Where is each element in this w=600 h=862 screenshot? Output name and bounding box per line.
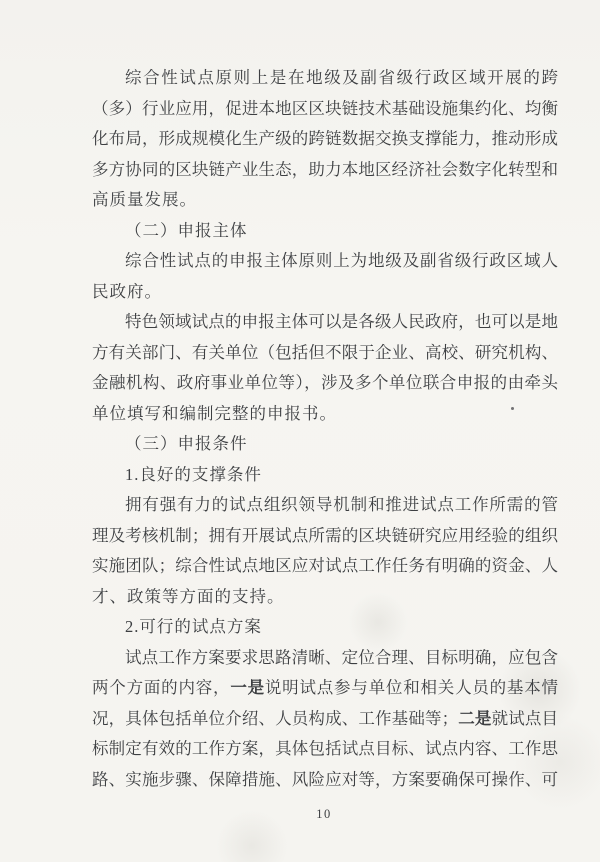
- text-line: 实施团队；综合性试点地区应对试点工作任务有明确的资金、人: [92, 551, 558, 582]
- text-run: 单位填写和编制完整的申报书。: [92, 404, 337, 423]
- text-run: 金融机构、政府事业单位等），涉及多个单位联合申报的由牵头: [92, 373, 558, 392]
- heading-line: （三）申报条件: [92, 429, 558, 460]
- text-line: 特色领域试点的申报主体可以是各级人民政府，也可以是地: [92, 307, 558, 338]
- text-run: 才、政策等方面的支持。: [92, 587, 285, 606]
- text-run: 说明试点参与单位和相关人员的基本情: [265, 678, 558, 697]
- text-line: 高质量发展。: [92, 185, 558, 216]
- text-line: （多）行业应用，促进本地区区块链技术基础设施集约化、均衡: [92, 94, 558, 125]
- text-run: 拥有强有力的试点组织领导机制和推进试点工作所需的管: [125, 495, 558, 514]
- text-line: 单位填写和编制完整的申报书。: [92, 399, 558, 430]
- text-run: 民政府。: [92, 282, 162, 301]
- text-line: 拥有强有力的试点组织领导机制和推进试点工作所需的管: [92, 490, 558, 521]
- text-run: 实施团队；综合性试点地区应对试点工作任务有明确的资金、人: [92, 556, 558, 575]
- text-run: 2.可行的试点方案: [125, 617, 262, 636]
- text-run: 方有关部门、有关单位（包括但不限于企业、高校、研究机构、: [92, 343, 558, 362]
- text-run: 多方协同的区块链产业生态，助力本地区经济社会数字化转型和: [92, 160, 558, 179]
- text-line: 才、政策等方面的支持。: [92, 582, 558, 613]
- emphasis-text: 一是: [230, 678, 265, 697]
- page-number: 10: [0, 807, 600, 822]
- text-run: 标制定有效的工作方案，具体包括试点目标、试点内容、工作思: [92, 739, 558, 758]
- heading-line: （二）申报主体: [92, 216, 558, 247]
- text-run: 综合性试点原则上是在地级及副省级行政区域开展的跨: [125, 68, 558, 87]
- text-run: 理及考核机制；拥有开展试点所需的区块链研究应用经验的组织: [92, 526, 558, 545]
- text-run: （三）申报条件: [125, 434, 248, 453]
- text-run: 特色领域试点的申报主体可以是各级人民政府，也可以是地: [125, 312, 558, 331]
- text-run: （二）申报主体: [125, 221, 248, 240]
- text-line: 综合性试点的申报主体原则上为地级及副省级行政区域人: [92, 246, 558, 277]
- text-line: 方有关部门、有关单位（包括但不限于企业、高校、研究机构、: [92, 338, 558, 369]
- text-run: 综合性试点的申报主体原则上为地级及副省级行政区域人: [125, 251, 558, 270]
- text-run: 就试点目: [492, 709, 558, 728]
- text-run: 试点工作方案要求思路清晰、定位合理、目标明确，应包含: [125, 648, 558, 667]
- text-run: 高质量发展。: [92, 190, 197, 209]
- text-run: 况，具体包括单位介绍、人员构成、工作基础等；: [92, 709, 458, 728]
- text-line: 试点工作方案要求思路清晰、定位合理、目标明确，应包含: [92, 643, 558, 674]
- heading-line: 2.可行的试点方案: [92, 612, 558, 643]
- text-line: 路、实施步骤、保障措施、风险应对等，方案要确保可操作、可: [92, 765, 558, 796]
- document-body: 综合性试点原则上是在地级及副省级行政区域开展的跨（多）行业应用，促进本地区区块链…: [92, 63, 558, 795]
- text-line: 多方协同的区块链产业生态，助力本地区经济社会数字化转型和: [92, 155, 558, 186]
- text-run: 路、实施步骤、保障措施、风险应对等，方案要确保可操作、可: [92, 770, 558, 789]
- heading-line: 1.良好的支撑条件: [92, 460, 558, 491]
- document-page: 综合性试点原则上是在地级及副省级行政区域开展的跨（多）行业应用，促进本地区区块链…: [0, 0, 600, 862]
- text-line: 金融机构、政府事业单位等），涉及多个单位联合申报的由牵头: [92, 368, 558, 399]
- text-line: 标制定有效的工作方案，具体包括试点目标、试点内容、工作思: [92, 734, 558, 765]
- text-run: 1.良好的支撑条件: [125, 465, 262, 484]
- text-line: 化布局，形成规模化生产级的跨链数据交换支撑能力，推动形成: [92, 124, 558, 155]
- text-run: 两个方面的内容，: [92, 678, 230, 697]
- emphasis-text: 二是: [458, 709, 491, 728]
- scan-dot-artifact: [511, 407, 514, 410]
- text-line: 理及考核机制；拥有开展试点所需的区块链研究应用经验的组织: [92, 521, 558, 552]
- text-run: 化布局，形成规模化生产级的跨链数据交换支撑能力，推动形成: [92, 129, 558, 148]
- text-line: 两个方面的内容，一是说明试点参与单位和相关人员的基本情: [92, 673, 558, 704]
- text-line: 况，具体包括单位介绍、人员构成、工作基础等；二是就试点目: [92, 704, 558, 735]
- text-line: 综合性试点原则上是在地级及副省级行政区域开展的跨: [92, 63, 558, 94]
- text-run: （多）行业应用，促进本地区区块链技术基础设施集约化、均衡: [92, 99, 558, 118]
- text-line: 民政府。: [92, 277, 558, 308]
